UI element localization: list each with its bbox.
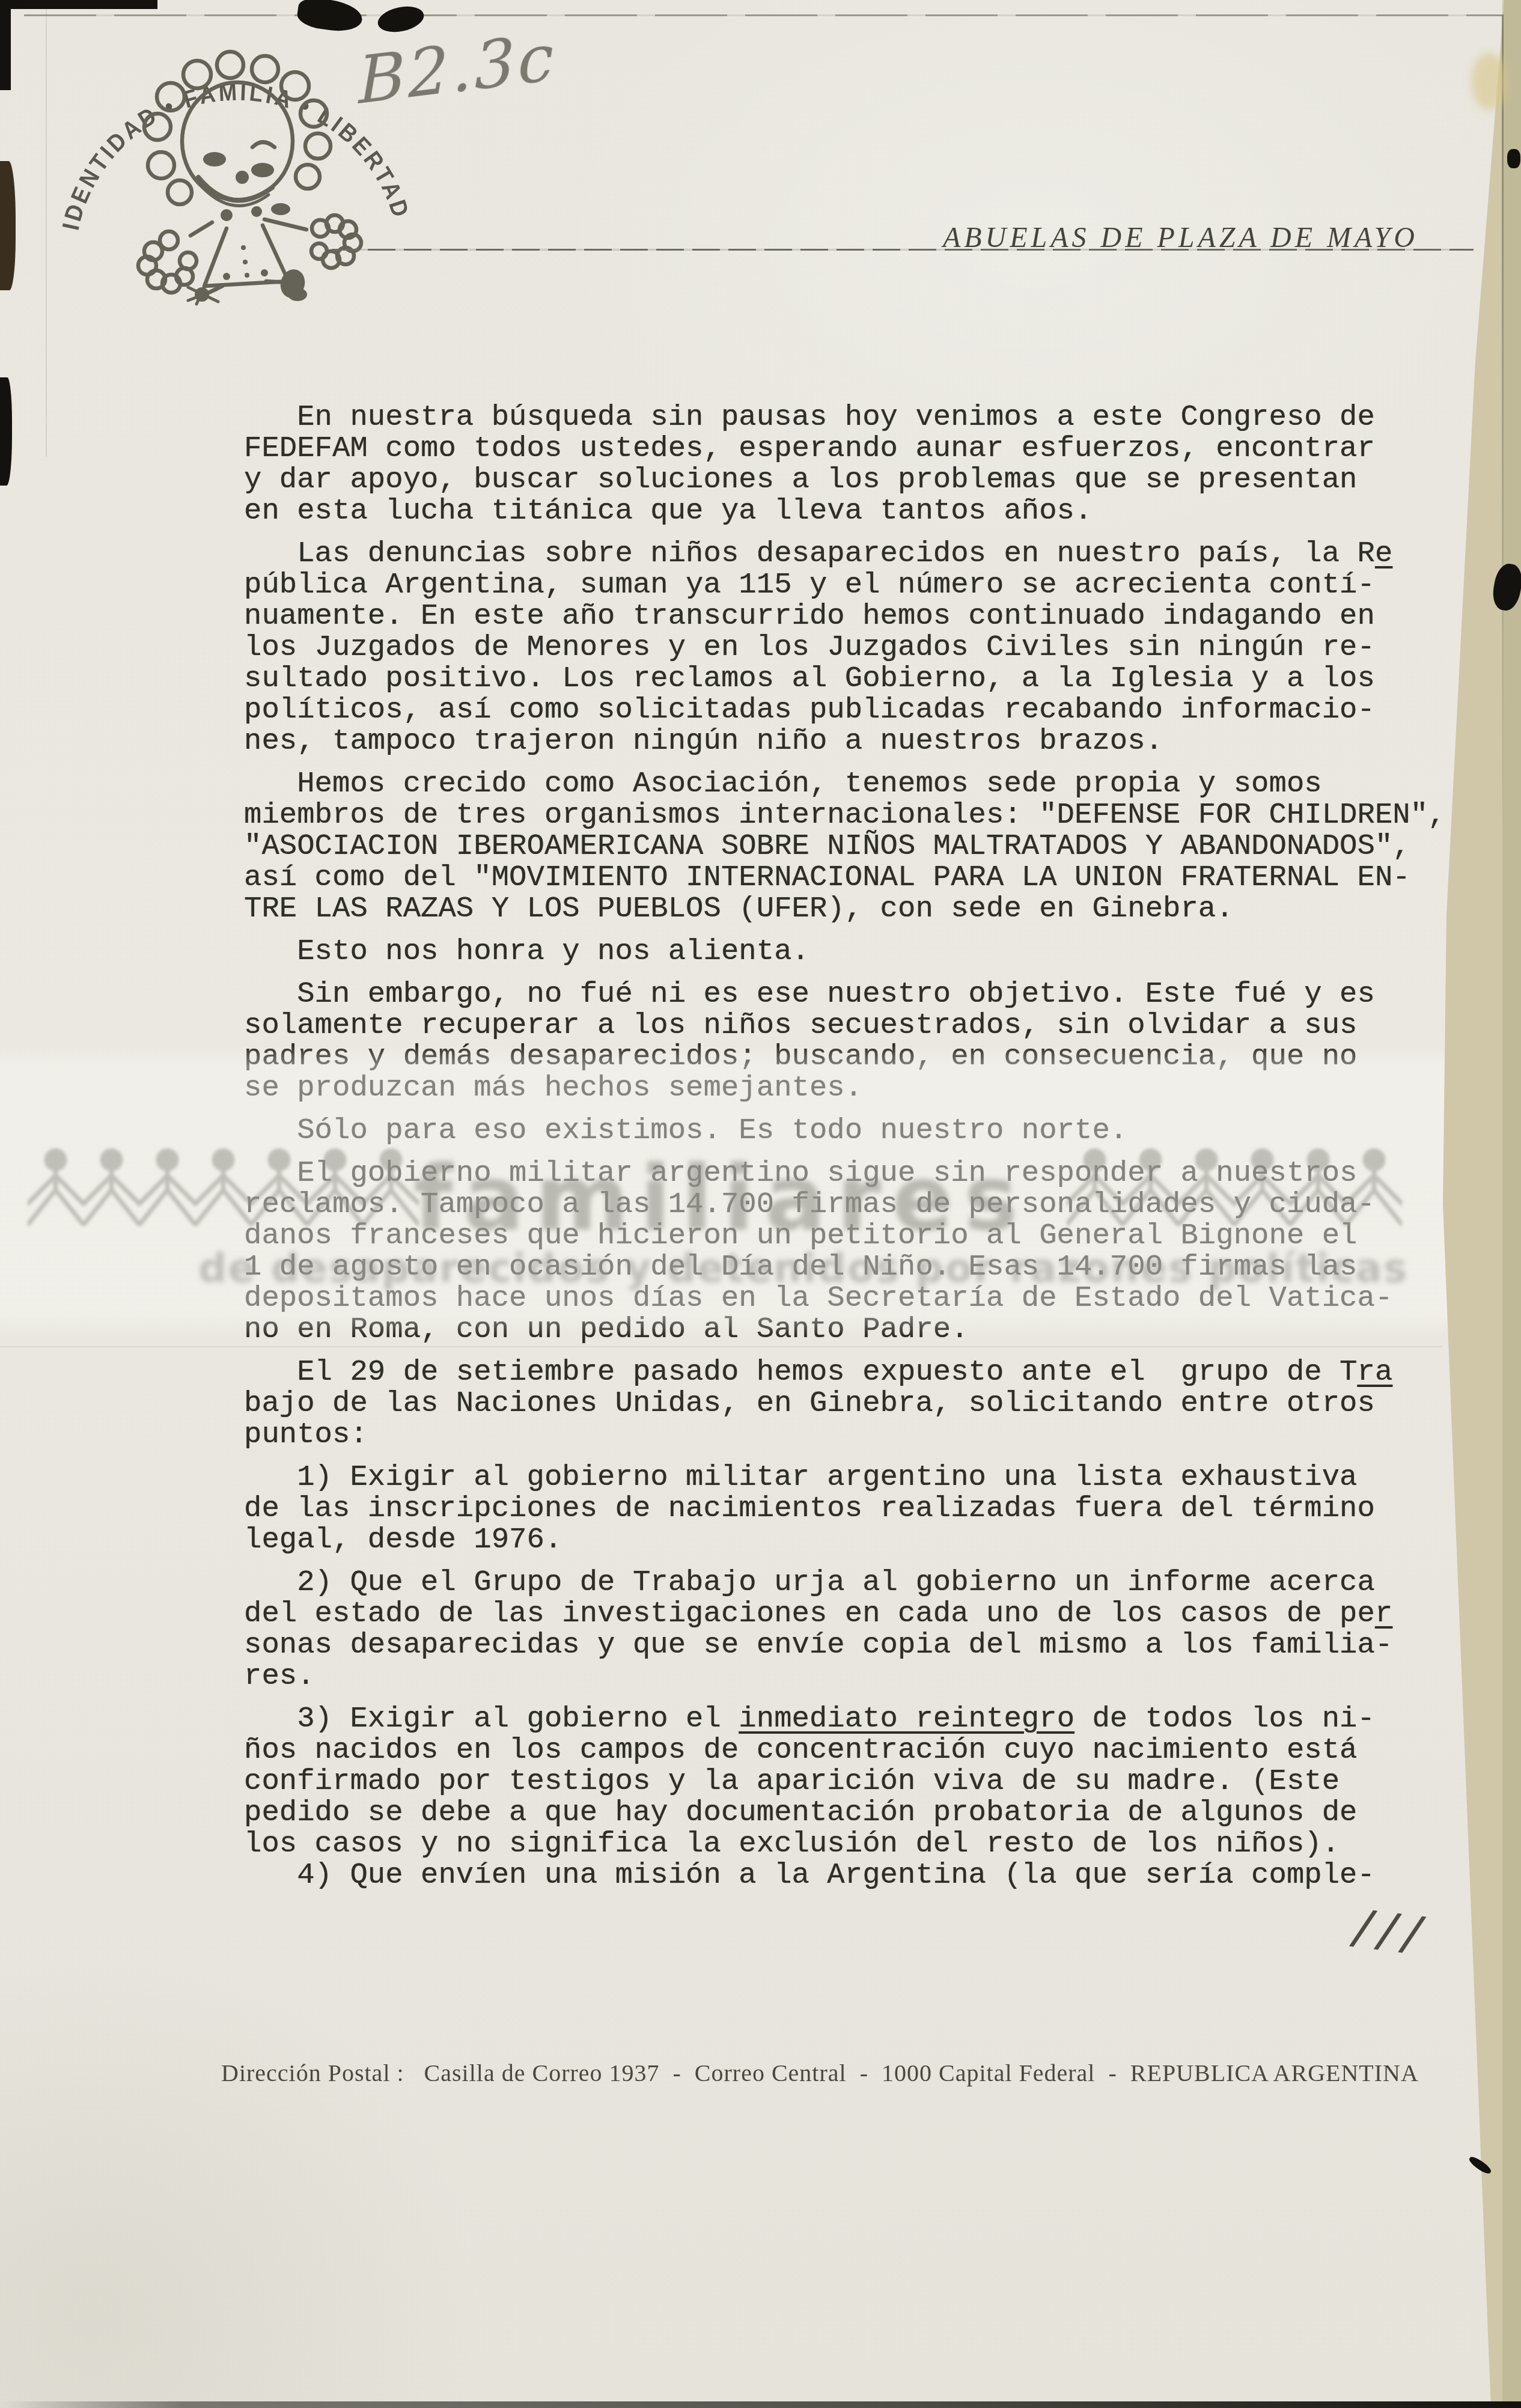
paragraph: 2) Que el Grupo de Trabajo urja al gobie… bbox=[244, 1567, 1476, 1692]
paragraph: Las denuncias sobre niños desaparecidos … bbox=[244, 538, 1476, 757]
underlined-text: e bbox=[1375, 537, 1392, 570]
scanned-letter-page: IDENTIDAD • FAMILIA • LIBERTAD bbox=[0, 0, 1521, 2408]
typed-text: 2) Que el Grupo de Trabajo urja al gobie… bbox=[244, 1565, 1375, 1630]
page-continuation-mark: /// bbox=[1348, 1900, 1428, 1962]
typed-text: Hemos crecido como Asociación, tenemos s… bbox=[244, 767, 1446, 925]
scan-artifact bbox=[1507, 149, 1520, 168]
paragraph: 1) Exigir al gobierno militar argentino … bbox=[244, 1462, 1476, 1555]
underlined-text: r bbox=[1375, 1597, 1392, 1630]
typed-text: pública Argentina, suman ya 115 y el núm… bbox=[244, 568, 1375, 758]
scan-artifact bbox=[0, 0, 157, 9]
typed-text: Las denuncias sobre niños desaparecidos … bbox=[244, 537, 1375, 570]
typed-text: bajo de las Naciones Unidas, en Ginebra,… bbox=[244, 1386, 1375, 1451]
paragraph: 3) Exigir al gobierno el inmediato reint… bbox=[244, 1703, 1476, 1859]
scan-artifact bbox=[18, 2, 26, 8]
paper-stain bbox=[1471, 53, 1507, 110]
org-name: ABUELAS DE PLAZA DE MAYO bbox=[937, 221, 1418, 254]
paper-crease bbox=[46, 0, 47, 457]
scan-border-line bbox=[24, 14, 1504, 16]
typed-text: El gobierno militar argentino sigue sin … bbox=[244, 1156, 1392, 1346]
scan-artifact bbox=[0, 2401, 1521, 2408]
underlined-text: ra bbox=[1358, 1355, 1393, 1389]
paragraph: El 29 de setiembre pasado hemos expuesto… bbox=[244, 1356, 1476, 1450]
scan-artifact bbox=[0, 377, 12, 486]
scan-artifact bbox=[0, 161, 16, 290]
scanner-background bbox=[1502, 0, 1521, 2408]
scan-artifact bbox=[0, 0, 11, 90]
typed-text: 3) Exigir al gobierno el bbox=[244, 1702, 739, 1736]
typed-text: 4) Que envíen una misión a la Argentina … bbox=[244, 1858, 1375, 1892]
typed-text: Sin embargo, no fué ni es ese nuestro ob… bbox=[244, 977, 1375, 1105]
typed-text: 1) Exigir al gobierno militar argentino … bbox=[244, 1460, 1375, 1556]
paragraph: Sólo para eso existimos. Es todo nuestro… bbox=[244, 1115, 1476, 1146]
letter-body: En nuestra búsqueda sin pausas hoy venim… bbox=[244, 401, 1476, 1902]
postal-address: Dirección Postal : Casilla de Correo 193… bbox=[221, 2059, 1419, 2087]
typed-text: Esto nos honra y nos alienta. bbox=[244, 934, 809, 968]
paragraph: Sin embargo, no fué ni es ese nuestro ob… bbox=[244, 978, 1476, 1103]
scan-artifact bbox=[1468, 2154, 1493, 2176]
paragraph: En nuestra búsqueda sin pausas hoy venim… bbox=[244, 401, 1476, 526]
typed-text: sonas desaparecidas y que se envíe copia… bbox=[244, 1628, 1392, 1693]
underlined-text: inmediato reintegro bbox=[739, 1702, 1074, 1736]
typed-text: En nuestra búsqueda sin pausas hoy venim… bbox=[244, 400, 1375, 528]
paragraph: Hemos crecido como Asociación, tenemos s… bbox=[244, 768, 1476, 924]
typed-text: El 29 de setiembre pasado hemos expuesto… bbox=[244, 1355, 1358, 1389]
paragraph: Esto nos honra y nos alienta. bbox=[244, 936, 1476, 967]
scan-border-line bbox=[1502, 16, 1504, 917]
stamp-child-drawing-icon bbox=[138, 52, 361, 304]
typed-text: Sólo para eso existimos. Es todo nuestro… bbox=[244, 1114, 1127, 1147]
paragraph: 4) Que envíen una misión a la Argentina … bbox=[244, 1859, 1476, 1891]
scan-artifact bbox=[1490, 562, 1521, 613]
paragraph: El gobierno militar argentino sigue sin … bbox=[244, 1157, 1476, 1345]
